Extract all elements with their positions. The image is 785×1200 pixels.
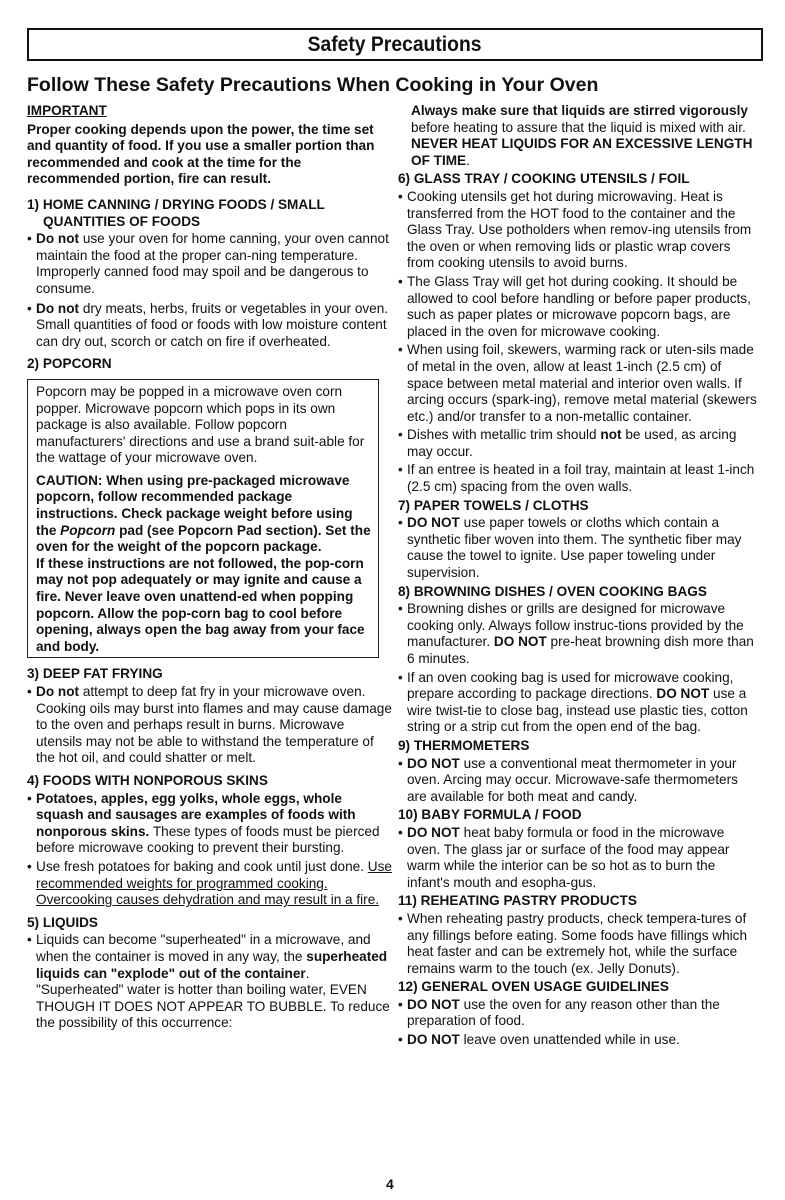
liquids-continued: Always make sure that liquids are stirre… [398, 103, 758, 169]
list-item: Cooking utensils get hot during microwav… [398, 189, 758, 272]
list-item: DO NOT use paper towels or cloths which … [398, 515, 758, 581]
left-column: IMPORTANT Proper cooking depends upon th… [27, 103, 392, 1038]
list-item: DO NOT use the oven for any reason other… [398, 997, 758, 1030]
emphasis: Do not [36, 231, 79, 246]
bullet-text: dry meats, herbs, fruits or vegetables i… [36, 301, 388, 349]
emphasis: not [600, 427, 621, 442]
emphasis: DO NOT [407, 825, 460, 840]
page-title-box: Safety Precautions [27, 28, 763, 61]
section-deep-fat-frying: 3) DEEP FAT FRYING Do not attempt to dee… [27, 666, 392, 767]
right-column: Always make sure that liquids are stirre… [398, 103, 758, 1055]
emphasis: DO NOT [407, 515, 460, 530]
popcorn-caution-box: Popcorn may be popped in a microwave ove… [27, 379, 379, 659]
list-item: DO NOT use a conventional meat thermomet… [398, 756, 758, 806]
popcorn-pad-name: Popcorn [60, 523, 115, 538]
list-item: Do not attempt to deep fat fry in your m… [27, 684, 392, 767]
section-heading: 4) FOODS WITH NONPOROUS SKINS [27, 773, 392, 790]
section-glass-tray: 6) GLASS TRAY / COOKING UTENSILS / FOIL … [398, 171, 758, 495]
section-heading: 12) GENERAL OVEN USAGE GUIDELINES [398, 979, 758, 996]
popcorn-box-text: Popcorn may be popped in a microwave ove… [36, 384, 372, 467]
list-item: If an oven cooking bag is used for micro… [398, 670, 758, 736]
list-item: When reheating pastry products, check te… [398, 911, 758, 977]
list-item: If an entree is heated in a foil tray, m… [398, 462, 758, 495]
section-heading: 8) BROWNING DISHES / OVEN COOKING BAGS [398, 584, 758, 601]
emphasis: DO NOT [407, 997, 460, 1012]
list-item: Browning dishes or grills are designed f… [398, 601, 758, 667]
page-title: Safety Precautions [308, 33, 482, 57]
popcorn-caution-text: CAUTION: When using pre-packaged microwa… [36, 473, 372, 556]
bullet-text: use your oven for home canning, your ove… [36, 231, 389, 296]
list-item: Liquids can become "superheated" in a mi… [27, 932, 392, 1032]
bullet-text: Use fresh potatoes for baking and cook u… [36, 859, 368, 874]
emphasis: DO NOT [494, 634, 547, 649]
list-item: DO NOT heat baby formula or food in the … [398, 825, 758, 891]
important-label: IMPORTANT [27, 103, 392, 120]
section-paper-towels: 7) PAPER TOWELS / CLOTHS DO NOT use pape… [398, 498, 758, 582]
page-subtitle: Follow These Safety Precautions When Coo… [27, 74, 598, 97]
section-general-guidelines: 12) GENERAL OVEN USAGE GUIDELINES DO NOT… [398, 979, 758, 1048]
list-item: The Glass Tray will get hot during cooki… [398, 274, 758, 340]
section-thermometers: 9) THERMOMETERS DO NOT use a conventiona… [398, 738, 758, 805]
section-nonporous-skins: 4) FOODS WITH NONPOROUS SKINS Potatoes, … [27, 773, 392, 909]
bullet-text: attempt to deep fat fry in your microwav… [36, 684, 392, 765]
emphasis: Do not [36, 684, 79, 699]
section-heading: 11) REHEATING PASTRY PRODUCTS [398, 893, 758, 910]
emphasis: Do not [36, 301, 79, 316]
section-heading: 3) DEEP FAT FRYING [27, 666, 392, 683]
bullet-text: leave oven unattended while in use. [460, 1032, 680, 1047]
section-heading: 5) LIQUIDS [27, 915, 392, 932]
emphasis: NEVER HEAT LIQUIDS FOR AN EXCESSIVE LENG… [411, 136, 752, 168]
body-text: before heating to assure that the liquid… [411, 120, 746, 135]
important-text: Proper cooking depends upon the power, t… [27, 122, 392, 188]
section-heading: 6) GLASS TRAY / COOKING UTENSILS / FOIL [398, 171, 758, 188]
section-popcorn: 2) POPCORN Popcorn may be popped in a mi… [27, 356, 392, 658]
section-home-canning: 1) HOME CANNING / DRYING FOODS / SMALL Q… [27, 197, 392, 350]
bullet-text: Dishes with metallic trim should [407, 427, 600, 442]
section-heading: 10) BABY FORMULA / FOOD [398, 807, 758, 824]
list-item: DO NOT leave oven unattended while in us… [398, 1032, 758, 1049]
emphasis: DO NOT [656, 686, 709, 701]
list-item: Potatoes, apples, egg yolks, whole eggs,… [27, 791, 392, 857]
list-item: Do not use your oven for home canning, y… [27, 231, 392, 297]
section-heading: 7) PAPER TOWELS / CLOTHS [398, 498, 758, 515]
section-heading: 9) THERMOMETERS [398, 738, 758, 755]
list-item: Use fresh potatoes for baking and cook u… [27, 859, 392, 909]
section-heading: 1) HOME CANNING / DRYING FOODS / SMALL Q… [27, 197, 392, 230]
popcorn-warning-text: If these instructions are not followed, … [36, 556, 372, 656]
section-browning-dishes: 8) BROWNING DISHES / OVEN COOKING BAGS B… [398, 584, 758, 736]
list-item: When using foil, skewers, warming rack o… [398, 342, 758, 425]
emphasis: Always make sure that liquids are stirre… [411, 103, 748, 118]
section-liquids: 5) LIQUIDS Liquids can become "superheat… [27, 915, 392, 1032]
emphasis: DO NOT [407, 756, 460, 771]
page-number: 4 [386, 1176, 394, 1192]
section-pastry-products: 11) REHEATING PASTRY PRODUCTS When rehea… [398, 893, 758, 977]
section-baby-formula: 10) BABY FORMULA / FOOD DO NOT heat baby… [398, 807, 758, 891]
section-heading: 2) POPCORN [27, 356, 392, 373]
body-text: . [466, 153, 470, 168]
list-item: Dishes with metallic trim should not be … [398, 427, 758, 460]
list-item: Do not dry meats, herbs, fruits or veget… [27, 301, 392, 351]
emphasis: DO NOT [407, 1032, 460, 1047]
